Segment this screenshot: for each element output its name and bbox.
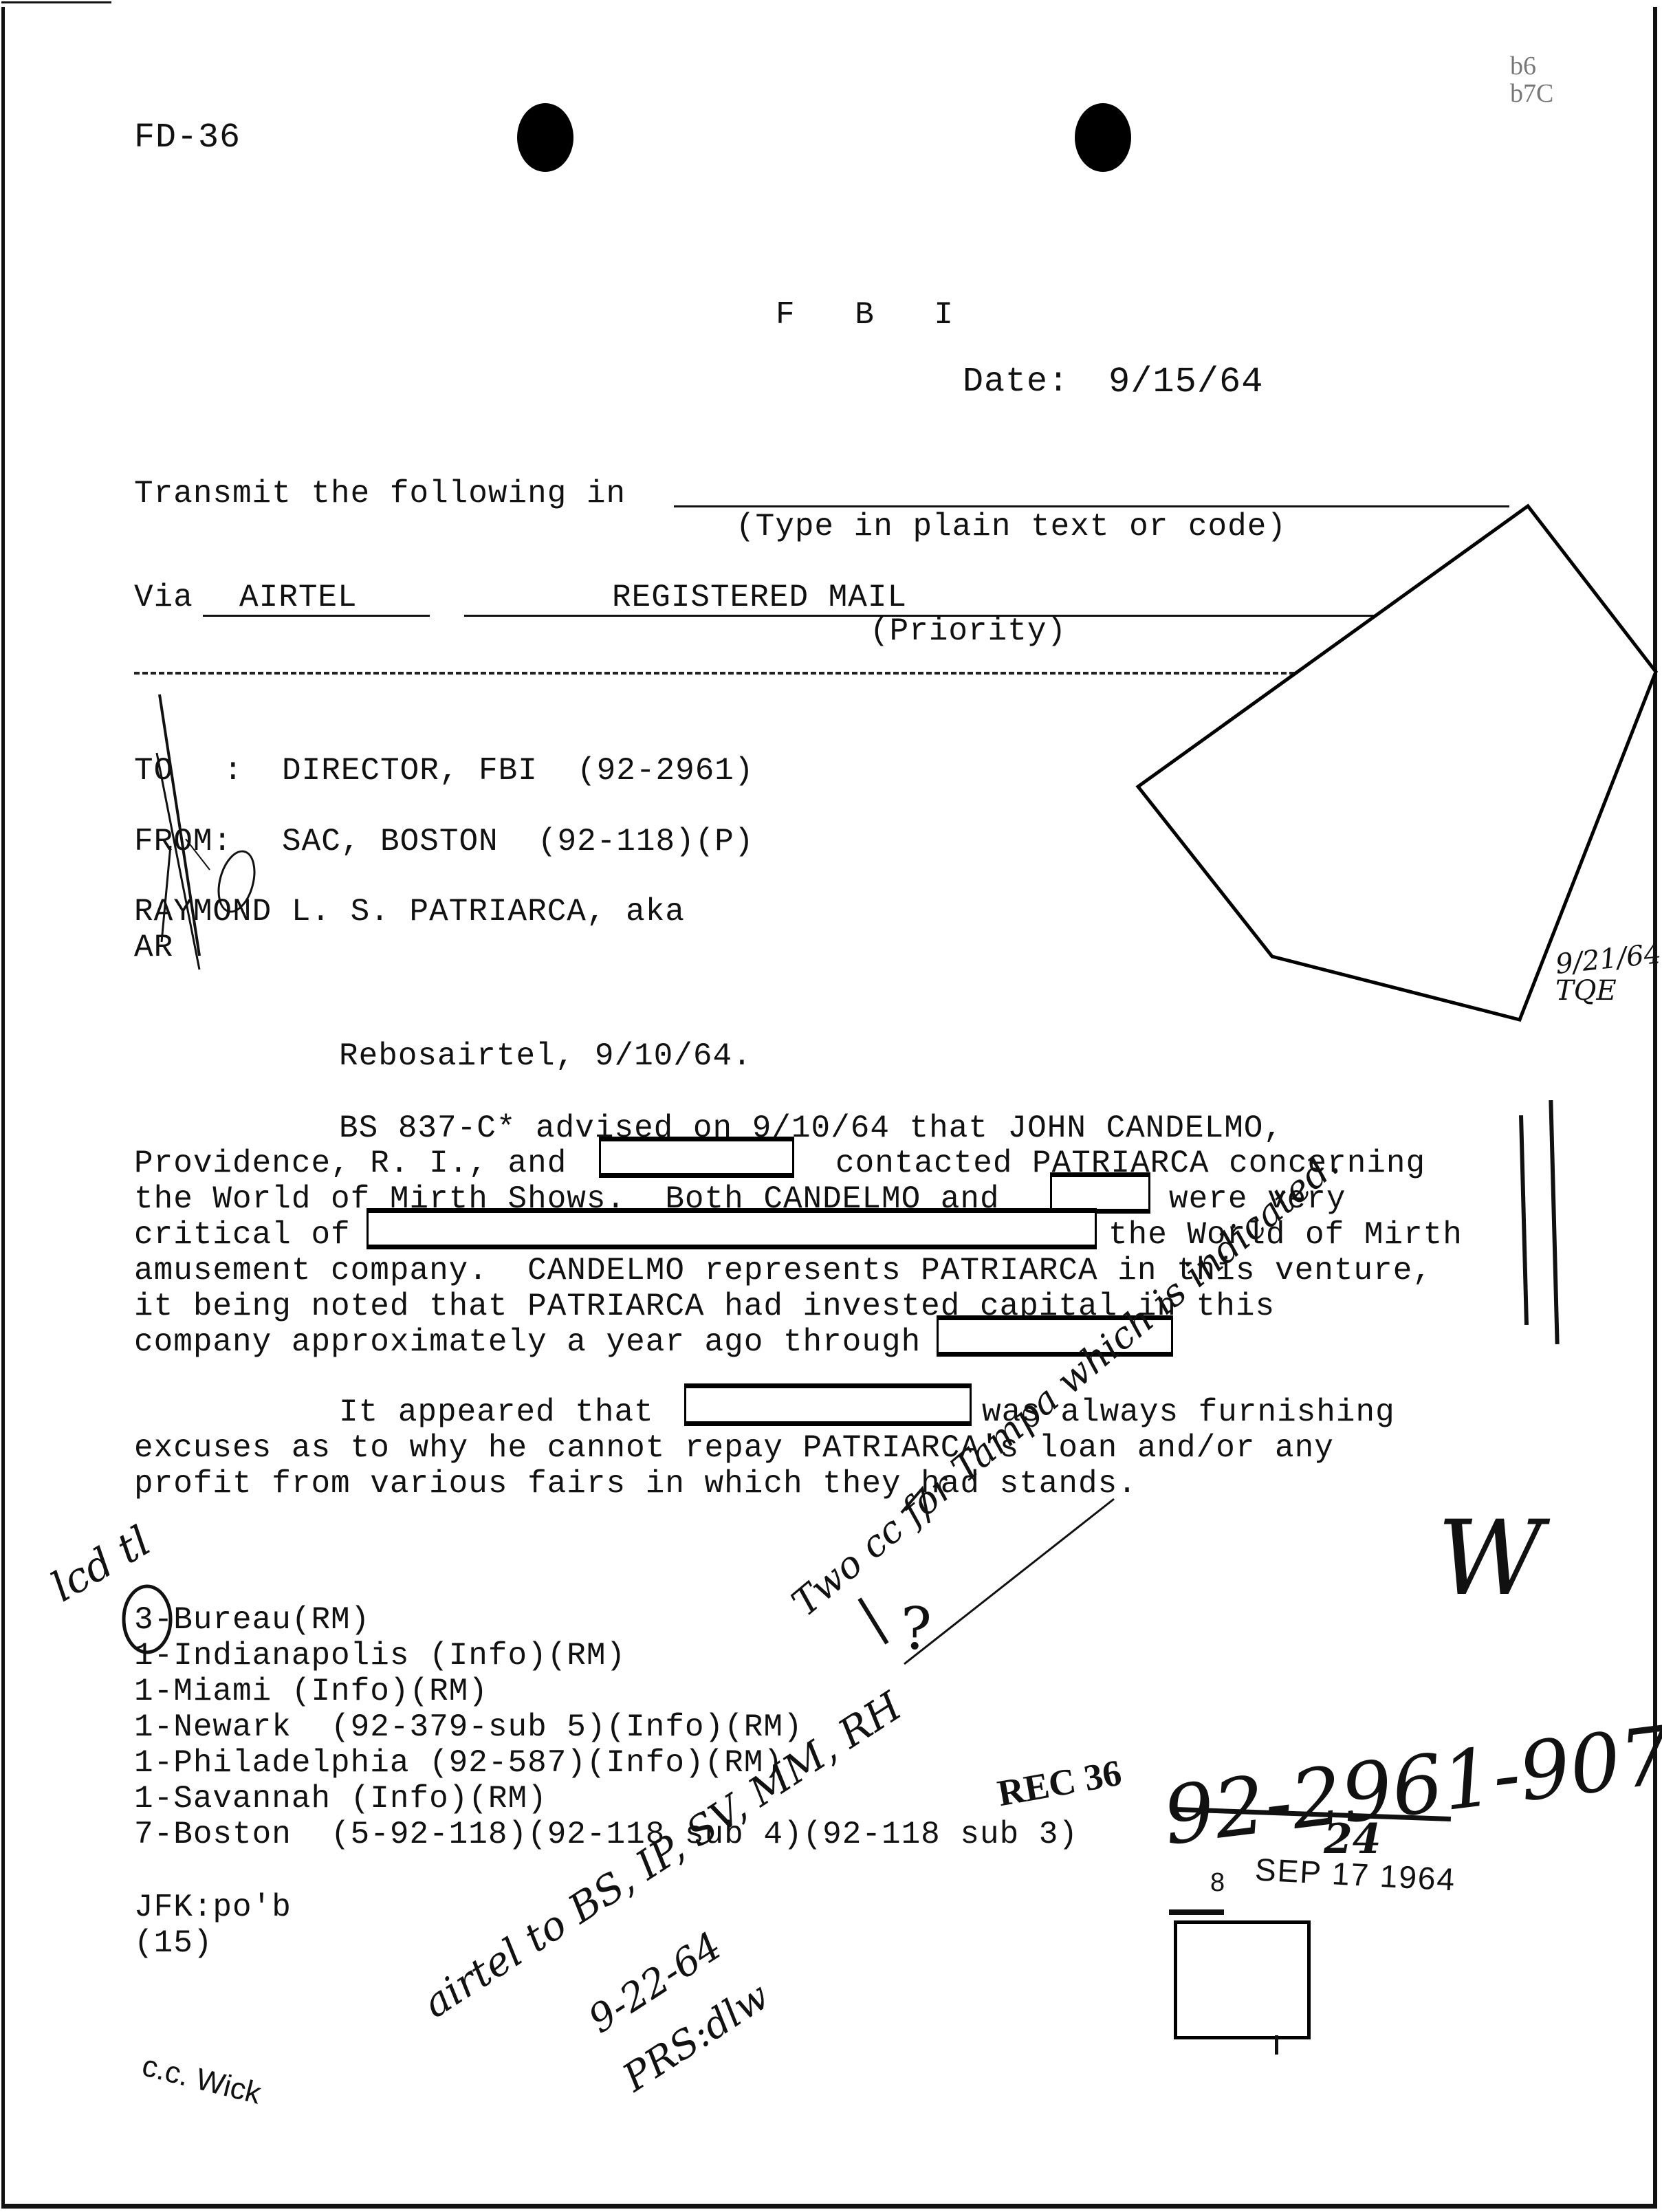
arrow-mark [0,0,1662,2212]
review-initials: TQE [1555,975,1617,1007]
initial-w: W [1437,1499,1543,1619]
fbi-airtel-document: FD-36 b6 b7C F B I Date: 9/15/64 Transmi… [0,0,1662,2212]
question-mark: ? [901,1595,932,1663]
